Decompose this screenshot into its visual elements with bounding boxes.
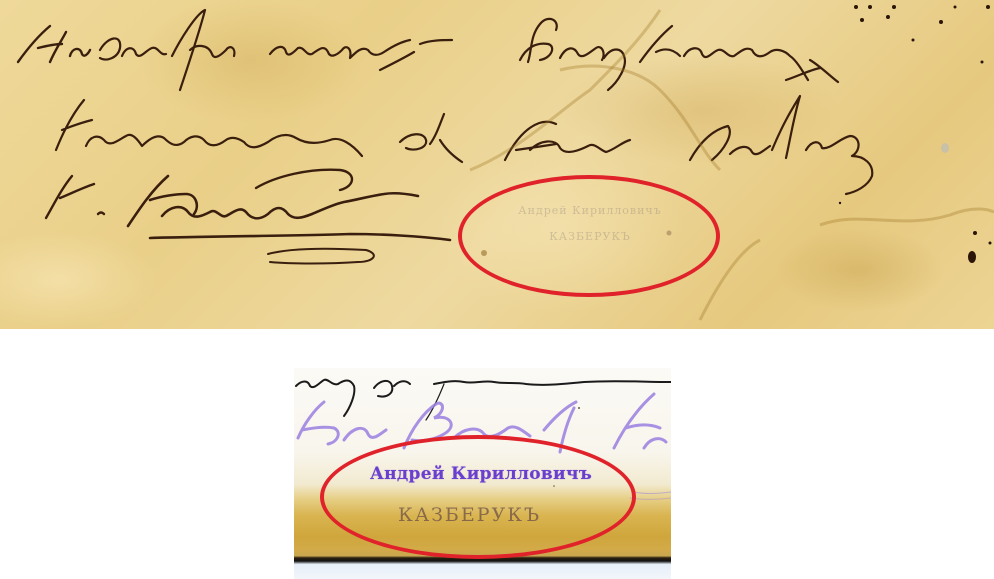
highlight-ellipse-bottom: [320, 435, 636, 559]
highlight-ellipse-top: [458, 175, 720, 297]
